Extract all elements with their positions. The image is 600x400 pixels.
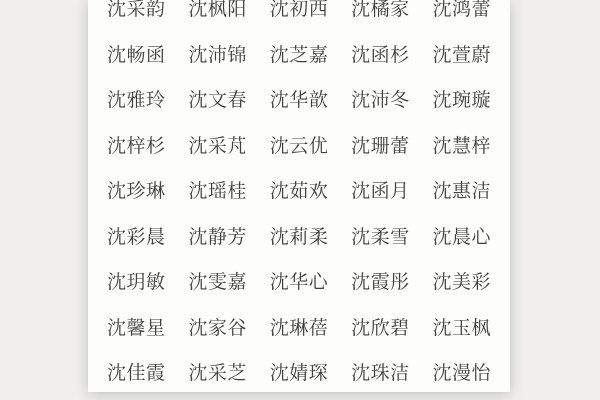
name-item[interactable]: 沈惠洁 — [432, 182, 491, 201]
name-item[interactable]: 沈晨心 — [432, 228, 491, 247]
name-item[interactable]: 沈茹欢 — [270, 182, 329, 201]
name-item[interactable]: 沈珠洁 — [351, 364, 410, 383]
name-row: 沈佳霞 沈采芝 沈婧琛 沈珠洁 沈漫怡 — [107, 351, 491, 392]
name-item[interactable]: 沈彩晨 — [107, 228, 166, 247]
name-item[interactable]: 沈函杉 — [351, 46, 410, 65]
name-list-panel: 沈采韵 沈枫阳 沈初西 沈橘家 沈鸿蕾 沈畅函 沈沛锦 沈芝嘉 沈函杉 沈萱蔚 … — [88, 0, 510, 392]
name-item[interactable]: 沈萱蔚 — [432, 46, 491, 65]
name-item[interactable]: 沈漫怡 — [432, 364, 491, 383]
name-item[interactable]: 沈采芝 — [188, 364, 247, 383]
name-item[interactable]: 沈美彩 — [432, 273, 491, 292]
name-item[interactable]: 沈采韵 — [107, 0, 166, 19]
name-item[interactable]: 沈琳蓓 — [270, 319, 329, 338]
name-item[interactable]: 沈枫阳 — [188, 0, 247, 19]
name-item[interactable]: 沈华歆 — [270, 91, 329, 110]
name-item[interactable]: 沈雯嘉 — [188, 273, 247, 292]
name-item[interactable]: 沈婧琛 — [270, 364, 329, 383]
name-item[interactable]: 沈欣碧 — [351, 319, 410, 338]
name-item[interactable]: 沈畅函 — [107, 46, 166, 65]
name-item[interactable]: 沈函月 — [351, 182, 410, 201]
name-item[interactable]: 沈霞彤 — [351, 273, 410, 292]
name-item[interactable]: 沈采芃 — [188, 137, 247, 156]
name-item[interactable]: 沈沛锦 — [188, 46, 247, 65]
name-item[interactable]: 沈瑶桂 — [188, 182, 247, 201]
name-item[interactable]: 沈橘家 — [351, 0, 410, 19]
name-item[interactable]: 沈柔雪 — [351, 228, 410, 247]
name-item[interactable]: 沈鸿蕾 — [432, 0, 491, 19]
name-item[interactable]: 沈玉枫 — [432, 319, 491, 338]
name-row: 沈彩晨 沈静芳 沈莉柔 沈柔雪 沈晨心 — [107, 215, 491, 261]
name-row: 沈玥敏 沈雯嘉 沈华心 沈霞彤 沈美彩 — [107, 260, 491, 306]
name-item[interactable]: 沈梓杉 — [107, 137, 166, 156]
name-row: 沈采韵 沈枫阳 沈初西 沈橘家 沈鸿蕾 — [107, 0, 491, 33]
name-item[interactable]: 沈芝嘉 — [270, 46, 329, 65]
name-item[interactable]: 沈华心 — [270, 273, 329, 292]
name-item[interactable]: 沈静芳 — [188, 228, 247, 247]
name-item[interactable]: 沈雅玲 — [107, 91, 166, 110]
name-item[interactable]: 沈珊蕾 — [351, 137, 410, 156]
name-item[interactable]: 沈文春 — [188, 91, 247, 110]
name-item[interactable]: 沈初西 — [270, 0, 329, 19]
name-list-scroll-area[interactable]: 沈采韵 沈枫阳 沈初西 沈橘家 沈鸿蕾 沈畅函 沈沛锦 沈芝嘉 沈函杉 沈萱蔚 … — [88, 0, 510, 392]
name-item[interactable]: 沈莉柔 — [270, 228, 329, 247]
name-item[interactable]: 沈沛冬 — [351, 91, 410, 110]
name-item[interactable]: 沈家谷 — [188, 319, 247, 338]
name-row: 沈馨星 沈家谷 沈琳蓓 沈欣碧 沈玉枫 — [107, 306, 491, 352]
name-item[interactable]: 沈珍琳 — [107, 182, 166, 201]
name-row: 沈珍琳 沈瑶桂 沈茹欢 沈函月 沈惠洁 — [107, 169, 491, 215]
name-item[interactable]: 沈慧梓 — [432, 137, 491, 156]
name-item[interactable]: 沈琬璇 — [432, 91, 491, 110]
name-row: 沈雅玲 沈文春 沈华歆 沈沛冬 沈琬璇 — [107, 78, 491, 124]
name-row: 沈畅函 沈沛锦 沈芝嘉 沈函杉 沈萱蔚 — [107, 33, 491, 79]
name-item[interactable]: 沈馨星 — [107, 319, 166, 338]
name-item[interactable]: 沈云优 — [270, 137, 329, 156]
name-row: 沈梓杉 沈采芃 沈云优 沈珊蕾 沈慧梓 — [107, 124, 491, 170]
name-item[interactable]: 沈玥敏 — [107, 273, 166, 292]
name-item[interactable]: 沈佳霞 — [107, 364, 166, 383]
